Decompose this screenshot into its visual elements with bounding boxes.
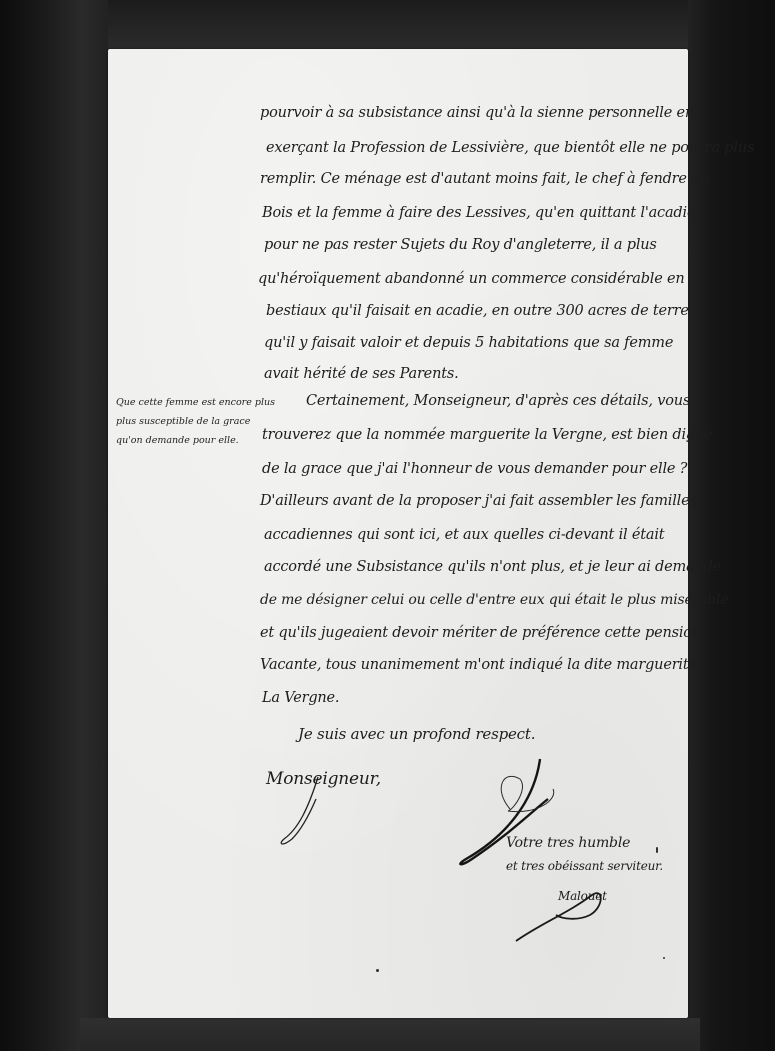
signoff-v-flourish-icon	[448, 749, 568, 869]
body-line: de me désigner celui ou celle d'entre eu…	[260, 592, 728, 608]
scan-backdrop-left	[0, 0, 108, 1051]
body-line: remplir. Ce ménage est d'autant moins fa…	[260, 171, 709, 187]
paper-speck	[663, 957, 665, 959]
margin-note-line: qu'on demande pour elle.	[116, 431, 256, 450]
closing-salutation: Monseigneur,	[266, 769, 381, 789]
paper-speck	[656, 847, 658, 853]
body-line: trouverez que la nommée marguerite la Ve…	[262, 427, 713, 443]
body-line: qu'il y faisait valoir et depuis 5 habit…	[264, 335, 673, 351]
scan-backdrop-bottom	[80, 1018, 700, 1051]
body-line: qu'héroïquement abandonné un commerce co…	[258, 271, 685, 287]
signoff-line-1: Votre tres humble	[506, 835, 630, 851]
margin-note-line: Que cette femme est encore plus	[116, 393, 256, 412]
body-line: avait hérité de ses Parents.	[264, 366, 458, 382]
body-line: accordé une Subsistance qu'ils n'ont plu…	[264, 559, 721, 575]
body-line: D'ailleurs avant de la proposer j'ai fai…	[260, 493, 697, 509]
body-line: accadiennes qui sont ici, et aux quelles…	[264, 527, 664, 543]
scan-backdrop-top	[108, 0, 775, 49]
manuscript-page: Que cette femme est encore plus plus sus…	[108, 49, 688, 1018]
body-line: et qu'ils jugeaient devoir mériter de pr…	[260, 625, 701, 641]
body-line: pour ne pas rester Sujets du Roy d'angle…	[264, 237, 657, 253]
scan-backdrop-right	[688, 0, 775, 1051]
closing-respect: Je suis avec un profond respect.	[298, 725, 535, 743]
body-line: bestiaux qu'il faisait en acadie, en out…	[266, 303, 689, 319]
margin-annotation: Que cette femme est encore plus plus sus…	[116, 393, 256, 450]
body-line: exerçant la Profession de Lessivière, qu…	[266, 140, 754, 156]
signature: Malouet	[558, 889, 607, 903]
margin-note-line: plus susceptible de la grace	[116, 412, 256, 431]
body-line: Certainement, Monseigneur, d'après ces d…	[306, 393, 690, 409]
body-line: Bois et la femme à faire des Lessives, q…	[262, 205, 695, 221]
paper-speck	[376, 969, 379, 972]
body-line: de la grace que j'ai l'honneur de vous d…	[262, 461, 687, 477]
body-line: pourvoir à sa subsistance ainsi qu'à la …	[260, 105, 694, 121]
signoff-line-2: et tres obéissant serviteur.	[506, 859, 663, 873]
body-line: Vacante, tous unanimement m'ont indiqué …	[260, 657, 697, 673]
body-line: La Vergne.	[262, 690, 339, 706]
